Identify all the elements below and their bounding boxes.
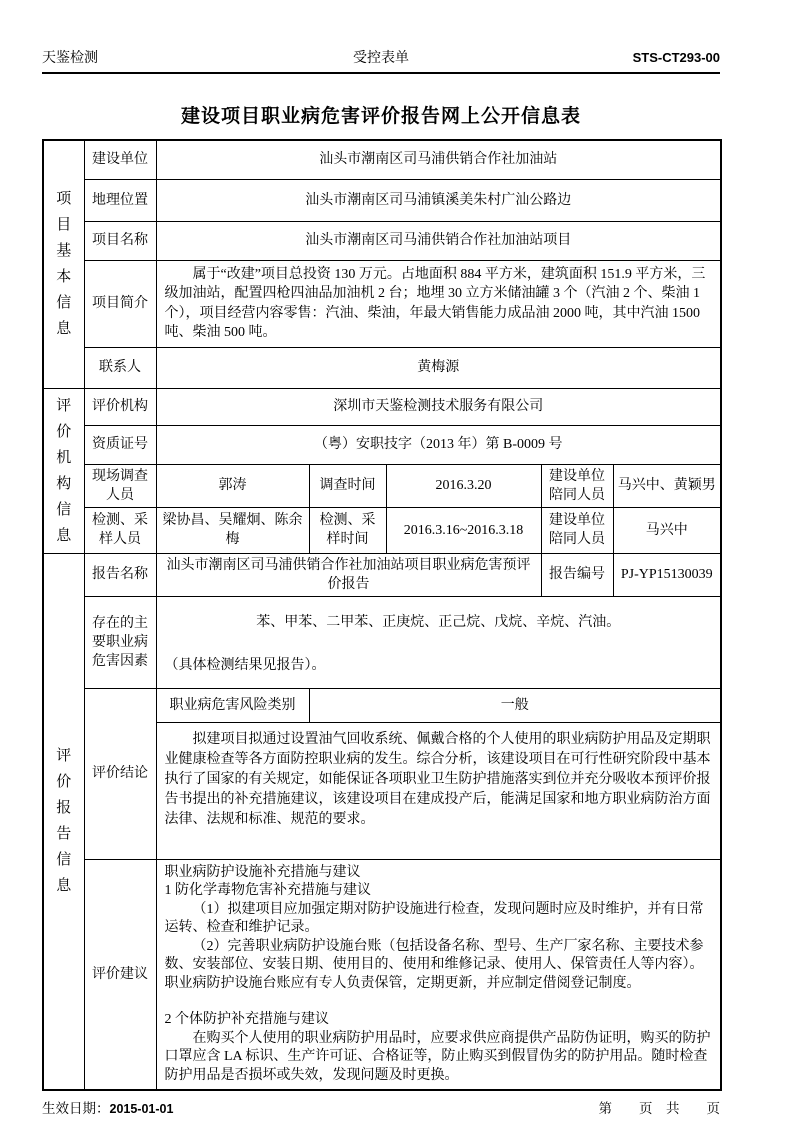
survey-staff-value: 郭涛 [156,464,309,507]
certificate-value: （粤）安职技字（2013 年）第 B-0009 号 [156,425,721,464]
survey-staff-label: 现场调查人员 [84,464,156,507]
construction-unit-value: 汕头市潮南区司马浦供销合作社加油站 [156,140,721,179]
page-header: 天鉴检测 受控表单 STS-CT293-00 [42,48,720,74]
suggestion-item-1-para-2: （2）完善职业病防护设施台账（包括设备名称、型号、生产厂家名称、主要技术参数、安… [165,938,713,994]
effective-date-value: 2015-01-01 [110,1102,174,1116]
table-row: 现场调查人员 郭涛 调查时间 2016.3.20 建设单位陪同人员 马兴中、黄颖… [43,464,721,507]
project-summary-text: 属于“改建”项目总投资 130 万元。占地面积 884 平方米，建筑面积 151… [165,265,713,343]
pagination: 第 页 共 页 [599,1100,721,1118]
suggestion-heading: 职业病防护设施补充措施与建议 [165,864,713,883]
conclusion-text: 拟建项目拟通过设置油气回收系统、佩戴合格的个人使用的职业病防护用品及定期职业健康… [165,727,713,830]
section-label-project: 项目基本信息 [56,186,72,342]
table-row: 评价机构信息 评价机构 深圳市天鉴检测技术服务有限公司 [43,388,721,425]
agency-name-value: 深圳市天鉴检测技术服务有限公司 [156,388,721,425]
survey-escort-value: 马兴中、黄颖男 [613,464,721,507]
survey-time-value: 2016.3.20 [386,464,541,507]
hazard-factors-note: （具体检测结果见报告）。 [165,656,713,675]
header-form-type: 受控表单 [268,49,494,69]
hazard-factors-label: 存在的主要职业病危害因素 [84,596,156,688]
section-label-report: 评价报告信息 [56,743,72,899]
project-summary-value: 属于“改建”项目总投资 130 万元。占地面积 884 平方米，建筑面积 151… [156,260,721,347]
table-row: 评价报告信息 报告名称 汕头市潮南区司马浦供销合作社加油站项目职业病危害预评价报… [43,553,721,596]
contact-label: 联系人 [84,347,156,388]
hazard-factors-cell: 苯、甲苯、二甲苯、正庚烷、正己烷、戊烷、辛烷、汽油。 （具体检测结果见报告）。 [156,596,721,688]
section-label-agency: 评价机构信息 [56,393,72,549]
table-row: 项目名称 汕头市潮南区司马浦供销合作社加油站项目 [43,221,721,260]
effective-date-label: 生效日期： [42,1101,110,1116]
location-value: 汕头市潮南区司马浦镇溪美朱村广汕公路边 [156,179,721,221]
suggestion-label: 评价建议 [84,859,156,1090]
table-row: 评价建议 职业病防护设施补充措施与建议 1 防化学毒物危害补充措施与建议 （1）… [43,859,721,1090]
project-name-label: 项目名称 [84,221,156,260]
table-row: 检测、采样人员 梁协昌、吴耀炯、陈余梅 检测、采样时间 2016.3.16~20… [43,507,721,553]
project-summary-label: 项目简介 [84,260,156,347]
suggestion-item-1-title: 1 防化学毒物危害补充措施与建议 [165,882,713,901]
section-project-basic-info: 项目基本信息 [43,140,84,388]
page-title: 建设项目职业病危害评价报告网上公开信息表 [42,106,720,128]
conclusion-cell: 拟建项目拟通过设置油气回收系统、佩戴合格的个人使用的职业病防护用品及定期职业健康… [156,722,721,859]
report-number-value: PJ-YP15130039 [613,553,721,596]
certificate-label: 资质证号 [84,425,156,464]
survey-escort-label: 建设单位陪同人员 [541,464,613,507]
header-company: 天鉴检测 [42,49,268,69]
contact-value: 黄梅源 [156,347,721,388]
report-number-label: 报告编号 [541,553,613,596]
document-page: 天鉴检测 受控表单 STS-CT293-00 建设项目职业病危害评价报告网上公开… [0,48,720,1118]
effective-date: 生效日期：2015-01-01 [42,1100,173,1118]
page-footer: 生效日期：2015-01-01 第 页 共 页 [42,1100,720,1118]
table-row: 项目简介 属于“改建”项目总投资 130 万元。占地面积 884 平方米，建筑面… [43,260,721,347]
survey-time-label: 调查时间 [309,464,386,507]
table-row: 地理位置 汕头市潮南区司马浦镇溪美朱村广汕公路边 [43,179,721,221]
agency-name-label: 评价机构 [84,388,156,425]
sampling-staff-label: 检测、采样人员 [84,507,156,553]
location-label: 地理位置 [84,179,156,221]
section-report-info: 评价报告信息 [43,553,84,1090]
sampling-escort-label: 建设单位陪同人员 [541,507,613,553]
sampling-escort-value: 马兴中 [613,507,721,553]
section-agency-info: 评价机构信息 [43,388,84,553]
sampling-time-label: 检测、采样时间 [309,507,386,553]
suggestion-item-2-para-1: 在购买个人使用的职业病防护用品时，应要求供应商提供产品防伪证明，购买的防护口罩应… [165,1030,713,1086]
suggestion-item-1-para-1: （1）拟建项目应加强定期对防护设施进行检查，发现问题时应及时维护，并有日常运转、… [165,901,713,938]
suggestion-item-2-title: 2 个体防护补充措施与建议 [165,1011,713,1030]
suggestion-cell: 职业病防护设施补充措施与建议 1 防化学毒物危害补充措施与建议 （1）拟建项目应… [156,859,721,1090]
sampling-staff-value: 梁协昌、吴耀炯、陈余梅 [156,507,309,553]
table-row: 存在的主要职业病危害因素 苯、甲苯、二甲苯、正庚烷、正己烷、戊烷、辛烷、汽油。 … [43,596,721,688]
report-name-label: 报告名称 [84,553,156,596]
risk-category-value: 一般 [309,688,721,722]
project-name-value: 汕头市潮南区司马浦供销合作社加油站项目 [156,221,721,260]
risk-category-label: 职业病危害风险类别 [156,688,309,722]
table-row: 评价结论 职业病危害风险类别 一般 [43,688,721,722]
table-row: 资质证号 （粤）安职技字（2013 年）第 B-0009 号 [43,425,721,464]
conclusion-label: 评价结论 [84,688,156,859]
table-row: 项目基本信息 建设单位 汕头市潮南区司马浦供销合作社加油站 [43,140,721,179]
sampling-time-value: 2016.3.16~2016.3.18 [386,507,541,553]
construction-unit-label: 建设单位 [84,140,156,179]
table-row: 联系人 黄梅源 [43,347,721,388]
hazard-factors-list: 苯、甲苯、二甲苯、正庚烷、正己烷、戊烷、辛烷、汽油。 [165,613,713,632]
header-form-code: STS-CT293-00 [494,48,720,68]
report-name-value: 汕头市潮南区司马浦供销合作社加油站项目职业病危害预评价报告 [156,553,541,596]
info-table: 项目基本信息 建设单位 汕头市潮南区司马浦供销合作社加油站 地理位置 汕头市潮南… [42,139,722,1091]
